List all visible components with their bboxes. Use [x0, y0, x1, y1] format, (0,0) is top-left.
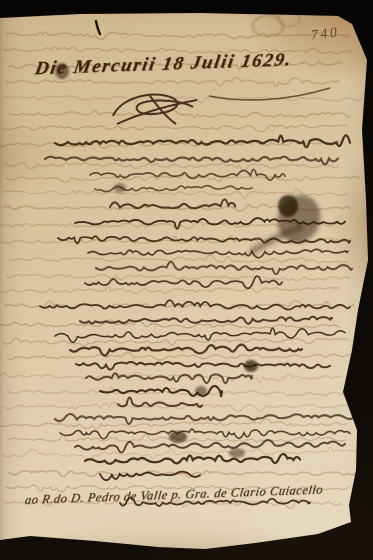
- script-line: [3, 125, 348, 132]
- script-line: [6, 32, 349, 40]
- script-line: [96, 262, 352, 274]
- script-line: [10, 255, 347, 262]
- script-line: [1, 286, 339, 293]
- script-line: [85, 454, 300, 464]
- script-line: [0, 372, 341, 382]
- manuscript-photo: 740 Die Mercurii 18 Julii 1629. ao R.do …: [0, 0, 373, 560]
- script-line: [86, 373, 252, 383]
- script-line: [80, 317, 332, 324]
- script-line: [4, 96, 362, 103]
- script-line: [100, 472, 200, 481]
- script-line: [70, 345, 302, 356]
- script-line: [4, 402, 353, 411]
- script-line: [0, 320, 339, 328]
- script-line: [40, 300, 350, 309]
- script-line: [3, 338, 348, 346]
- script-line: [0, 419, 346, 429]
- script-line: [88, 249, 348, 257]
- script-line: [60, 429, 350, 439]
- script-line: [8, 352, 350, 360]
- script-line: [3, 447, 356, 460]
- handwriting-svg: [0, 0, 373, 560]
- script-line: [6, 175, 360, 182]
- script-line: [75, 440, 345, 453]
- script-line: [5, 162, 338, 170]
- script-line: [10, 110, 350, 117]
- script-line: [118, 398, 202, 407]
- manuscript-page: 740 Die Mercurii 18 Julii 1629. ao R.do …: [0, 0, 373, 560]
- margin-ink-mark: [96, 21, 100, 34]
- script-line: [7, 275, 349, 281]
- script-line: [76, 362, 330, 370]
